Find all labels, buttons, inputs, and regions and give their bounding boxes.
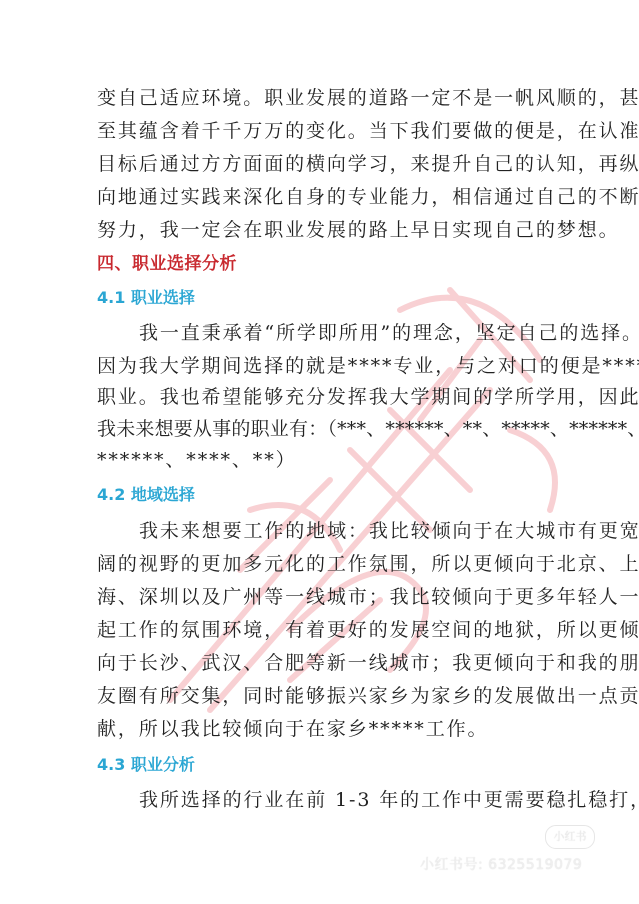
paragraph-line: 努力，我一定会在职业发展的路上早日实现自己的梦想。 — [97, 214, 544, 247]
paragraph-line: 海、深圳以及广州等一线城市；我比较倾向于更多年轻人一 — [97, 581, 544, 614]
document-page: 变自己适应环境。职业发展的道路一定不是一帆风顺的，甚 至其蕴含着千千万万的变化。… — [0, 0, 639, 904]
paragraph-line: 我未来想要工作的地域：我比较倾向于在大城市有更宽 — [97, 515, 544, 548]
paragraph-line: 我所选择的行业在前 1-3 年的工作中更需要稳扎稳打， — [97, 784, 544, 817]
paragraph-line: 目标后通过方方面面的横向学习，来提升自己的认知，再纵 — [97, 148, 544, 181]
paragraph-line: ******、****、**） — [97, 444, 544, 477]
paragraph-line: 我未来想要从事的职业有：（***、******、**、*****、******、 — [97, 413, 544, 446]
paragraph-line: 变自己适应环境。职业发展的道路一定不是一帆风顺的，甚 — [97, 82, 544, 115]
paragraph-line: 我一直秉承着“所学即所用”的理念，坚定自己的选择。 — [97, 317, 544, 350]
subsection-heading-4-3: 4.3 职业分析 — [97, 753, 195, 777]
subsection-heading-4-2: 4.2 地域选择 — [97, 483, 195, 507]
xiaohongshu-logo-badge: 小红书 — [545, 825, 595, 849]
xiaohongshu-account-watermark: 小红书号: 6325519079 — [420, 854, 582, 874]
section-heading: 四、职业选择分析 — [97, 252, 237, 276]
paragraph-line: 起工作的氛围环境，有着更好的发展空间的地狱，所以更倾 — [97, 614, 544, 647]
paragraph-line: 友圈有所交集，同时能够振兴家乡为家乡的发展做出一点贡 — [97, 680, 544, 713]
paragraph-line: 向于长沙、武汉、合肥等新一线城市；我更倾向于和我的朋 — [97, 647, 544, 680]
paragraph-line: 阔的视野的更加多元化的工作氛围，所以更倾向于北京、上 — [97, 548, 544, 581]
paragraph-line: 因为我大学期间选择的就是****专业，与之对口的便是**** — [97, 350, 544, 383]
paragraph-line: 至其蕴含着千千万万的变化。当下我们要做的便是，在认准 — [97, 115, 544, 148]
paragraph-line: 职业。我也希望能够充分发挥我大学期间的学所学用，因此， — [97, 381, 544, 414]
paragraph-line: 向地通过实践来深化自身的专业能力，相信通过自己的不断 — [97, 181, 544, 214]
subsection-heading-4-1: 4.1 职业选择 — [97, 286, 195, 310]
paragraph-line: 献，所以我比较倾向于在家乡*****工作。 — [97, 713, 544, 746]
